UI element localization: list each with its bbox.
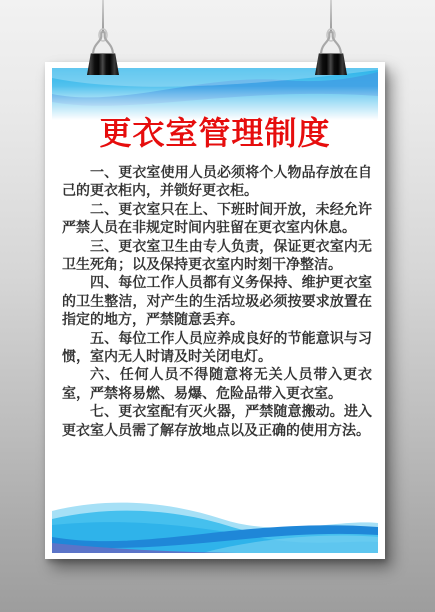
rule-item-3: 三、更衣室卫生由专人负责，保证更衣室内无卫生死角；以及保持更衣室内时刻干净整洁。 bbox=[62, 237, 372, 274]
rule-item-4: 四、每位工作人员都有义务保持、维护更衣室的卫生整洁，对产生的生活垃圾必须按要求放… bbox=[62, 273, 372, 328]
hanger-right bbox=[314, 0, 348, 78]
rules-list: 一、更衣室使用人员必须将个人物品存放在自己的更衣柜内，并锁好更衣柜。 二、更衣室… bbox=[62, 163, 372, 439]
clip-wire-icon bbox=[86, 27, 120, 55]
rule-item-1: 一、更衣室使用人员必须将个人物品存放在自己的更衣柜内，并锁好更衣柜。 bbox=[62, 163, 372, 200]
rule-item-7: 七、更衣室配有灭火器，严禁随意搬动。进入更衣室人员需了解存放地点以及正确的使用方… bbox=[62, 402, 372, 439]
rule-item-2: 二、更衣室只在上、下班时间开放，未经允许严禁人员在非规定时间内驻留在更衣室内休息… bbox=[62, 200, 372, 237]
hanger-left bbox=[86, 0, 120, 78]
poster: 更衣室管理制度 一、更衣室使用人员必须将个人物品存放在自己的更衣柜内，并锁好更衣… bbox=[45, 62, 385, 559]
binder-clip-icon bbox=[315, 53, 347, 75]
rule-item-6: 六、任何人员不得随意将无关人员带入更衣室，严禁将易燃、易爆、危险品带入更衣室。 bbox=[62, 365, 372, 402]
bottom-wave-decoration bbox=[52, 495, 378, 553]
poster-title: 更衣室管理制度 bbox=[45, 113, 385, 153]
clip-wire-icon bbox=[314, 27, 348, 55]
binder-clip-icon bbox=[87, 53, 119, 75]
scene: 更衣室管理制度 一、更衣室使用人员必须将个人物品存放在自己的更衣柜内，并锁好更衣… bbox=[0, 0, 435, 612]
rule-item-5: 五、每位工作人员应养成良好的节能意识与习惯，室内无人时请及时关闭电灯。 bbox=[62, 329, 372, 366]
